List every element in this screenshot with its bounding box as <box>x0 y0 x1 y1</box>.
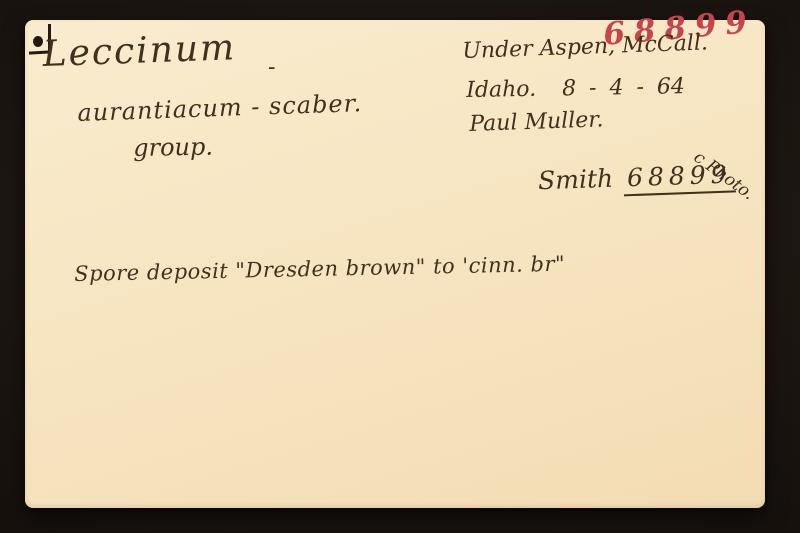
photo-background: Leccinum - aurantiacum - scaber. group. … <box>0 0 800 533</box>
index-card: Leccinum - aurantiacum - scaber. group. … <box>25 20 765 508</box>
spore-deposit-note: Spore deposit "Dresden brown" to 'cinn. … <box>74 253 565 286</box>
state-date-line: Idaho. 8 - 4 - 64 <box>466 75 685 103</box>
species-line: aurantiacum - scaber. <box>77 90 363 126</box>
group-line: group. <box>133 134 213 162</box>
collection-number-line: Smith68899 <box>489 132 737 223</box>
habitat-line: Under Aspen, McCall. <box>462 31 708 64</box>
genus-trailing-mark: - <box>268 56 275 80</box>
genus-title: Leccinum <box>42 28 237 74</box>
collection-prefix: Smith <box>538 163 614 195</box>
collector-line: Paul Muller. <box>469 108 604 137</box>
